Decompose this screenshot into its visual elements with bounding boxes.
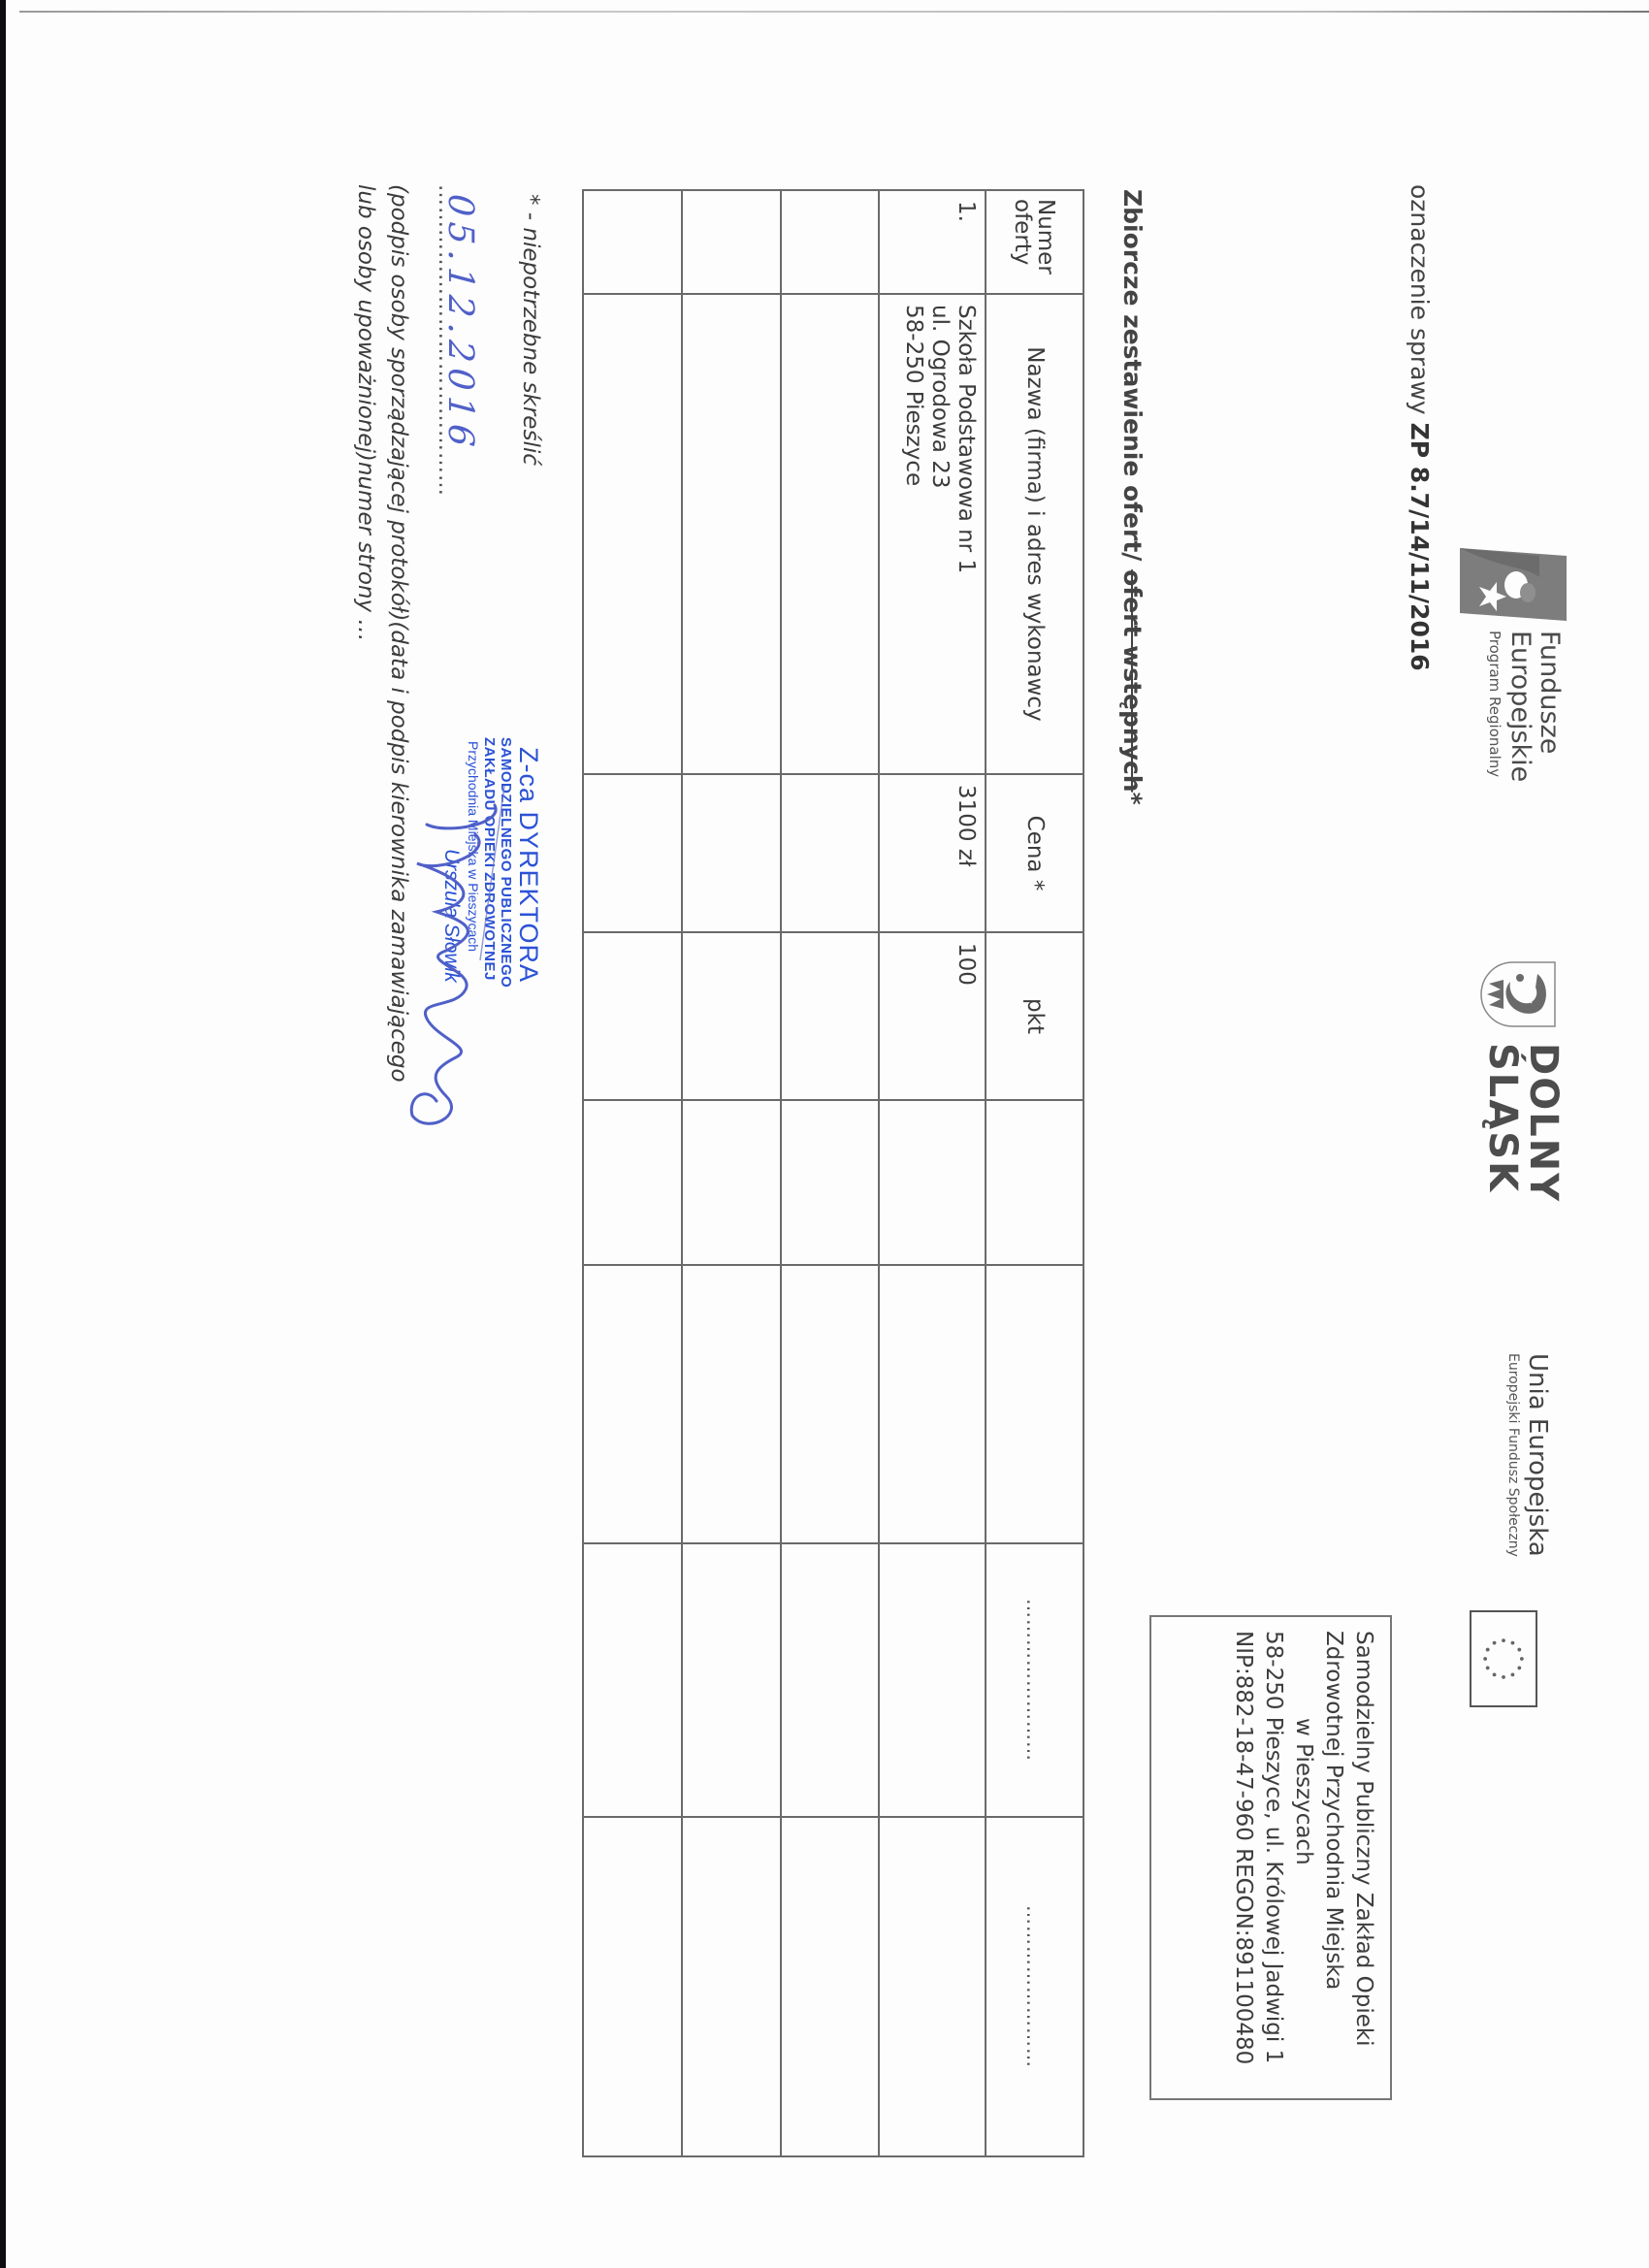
offer-number-cell — [682, 190, 781, 294]
column-header-blank — [986, 1100, 1083, 1265]
blank-cell — [879, 1100, 986, 1265]
case-reference-label: oznaczenie sprawy — [1406, 184, 1434, 423]
blank-cell — [879, 1543, 986, 1817]
contractor-cell — [781, 294, 879, 774]
eu-funds-logo-icon — [1460, 548, 1567, 621]
struck-text: ofert wstępnych — [1118, 569, 1147, 792]
document-page: oznaczenie sprawy ZP 8.7/14/11/2016 Fund… — [0, 0, 1649, 2268]
blank-cell — [781, 1265, 879, 1543]
blank-cell — [781, 1543, 879, 1817]
offer-number-cell — [583, 190, 682, 294]
offer-number-cell: 1. — [879, 190, 986, 294]
contractor-cell — [682, 294, 781, 774]
column-header-placeholder: …………………… — [986, 1817, 1083, 2156]
lower-silesia-logo-text: DOLNY ŚLĄSK — [1482, 1043, 1564, 1203]
column-header-blank — [986, 1265, 1083, 1543]
blank-cell — [583, 1817, 682, 2156]
table-row — [682, 190, 781, 2156]
table-row — [781, 190, 879, 2156]
column-header-points: pkt — [986, 932, 1083, 1100]
blank-cell — [682, 1100, 781, 1265]
blank-cell — [583, 1543, 682, 1817]
column-header-placeholder: …………………… — [986, 1543, 1083, 1817]
eu-logo-text: Unia Europejska Europejski Fundusz Społe… — [1503, 1353, 1552, 1557]
price-cell: 3100 zł — [879, 774, 986, 932]
footnote: * - niepotrzebne skreślić — [518, 194, 543, 466]
points-cell — [682, 932, 781, 1100]
points-cell — [583, 932, 682, 1100]
column-header-price: Cena * — [986, 774, 1083, 932]
points-cell: 100 — [879, 932, 986, 1100]
blank-cell — [583, 1265, 682, 1543]
handwritten-signature — [398, 766, 533, 1154]
offers-table: Numeroferty Nazwa (firma) i adres wykona… — [582, 189, 1084, 2157]
table-row: 1. Szkoła Podstawowa nr 1 ul. Ogrodowa 2… — [879, 190, 986, 2156]
blank-cell — [682, 1543, 781, 1817]
blank-cell — [682, 1817, 781, 2156]
column-header-contractor: Nazwa (firma) i adres wykonawcy — [986, 294, 1083, 774]
case-reference: oznaczenie sprawy ZP 8.7/14/11/2016 — [1406, 184, 1434, 671]
eu-funds-logo-text: Fundusze Europejskie Program Regionalny — [1484, 631, 1564, 782]
contractor-cell: Szkoła Podstawowa nr 1 ul. Ogrodowa 23 5… — [879, 294, 986, 774]
price-cell — [781, 774, 879, 932]
table-row — [583, 190, 682, 2156]
eu-flag-icon — [1470, 1610, 1537, 1707]
price-cell — [682, 774, 781, 932]
blank-cell — [781, 1100, 879, 1265]
offer-number-cell — [781, 190, 879, 294]
price-cell — [583, 774, 682, 932]
document-title: Zbiorcze zestawienie ofert/ ofert wstępn… — [1118, 189, 1147, 805]
lower-silesia-crest-icon — [1479, 960, 1557, 1028]
handwritten-date: 05.12.2016 — [440, 193, 480, 454]
table-header-row: Numeroferty Nazwa (firma) i adres wykona… — [986, 190, 1083, 2156]
column-header-offer-number: Numeroferty — [986, 190, 1083, 294]
case-reference-number: ZP 8.7/14/11/2016 — [1406, 423, 1434, 671]
points-cell — [781, 932, 879, 1100]
institution-address-box: Samodzielny Publiczny Zakład Opieki Zdro… — [1149, 1615, 1392, 2100]
blank-cell — [583, 1100, 682, 1265]
blank-cell — [781, 1817, 879, 2156]
blank-cell — [879, 1265, 986, 1543]
blank-cell — [682, 1265, 781, 1543]
signature-caption-continued: lub osoby upoważnionej)numer strony … — [353, 184, 378, 641]
blank-cell — [879, 1817, 986, 2156]
contractor-cell — [583, 294, 682, 774]
